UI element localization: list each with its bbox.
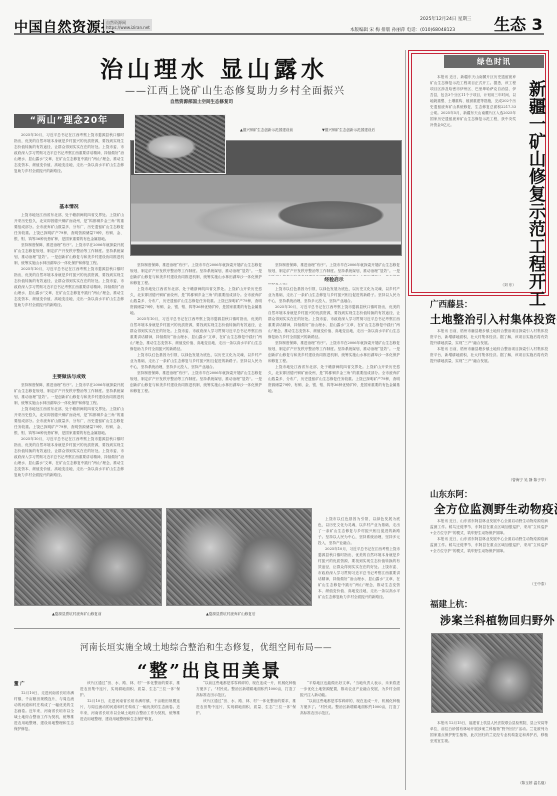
- lead-subheadline: ——江西上饶矿山生态修复助力乡村全面振兴: [125, 82, 345, 97]
- bottom-column-3: “以前这些地都是零零碎碎的，现在连成一片，机械化种植方便多了。”村民说。整治区新…: [196, 680, 296, 790]
- bottom-column-2: 该片区通过“田、水、路、林、村”一体化整治的要求，推进农田集中连片，实现耕地面积…: [80, 680, 180, 790]
- xinjiang-headline: 新疆一矿山修复示范工程开工: [521, 80, 543, 308]
- section-text-basic: 上饶市地处江西省东北部，处于赣浙闽皖四省交界处。上饶矿山开采历史悠久，北宋即因德…: [14, 212, 124, 368]
- website-url[interactable]: https://www.iziran.net: [106, 25, 150, 30]
- shanghang-text: 本报讯 12月15日，福建省上杭县人民法院联合县检察院、县公安局等单位，前往白砂…: [430, 720, 548, 782]
- bottom-subheadline: 河南长垣实施全域土地综合整治和生态修复，优组空间布局——: [80, 641, 332, 653]
- bottom-column-1: 12月10日，走进河南省长垣市满村镇，千亩粮田规模连片，与周边流动的河道和村庄构…: [14, 690, 74, 790]
- tengxian-author: （曾海宁 吴 静 陈子苓）: [470, 478, 548, 483]
- mine-park-before-photo: [134, 114, 226, 174]
- bottom-author: 董 广: [14, 681, 25, 687]
- donga-author: （王中泰）: [500, 582, 548, 587]
- lead-intro: 2025年10月，习近平总书记在江西考察上饶市婺源县秋口镇时指出，优美的自然环境…: [14, 132, 124, 200]
- shanghang-headline: 涉案兰科植物回归野外: [440, 612, 555, 628]
- masthead-divider: [14, 33, 544, 35]
- lead-headline: 治山理水 显山露水: [100, 51, 328, 84]
- column-3-continued-text: 上饶市以红色基因为引领，以绿色发展为底色，以历史文化为灵魂，以乡村产业为基础，走…: [318, 516, 400, 620]
- section-heading-basic: 基本情况: [14, 203, 124, 210]
- liangshan-box-title: “两山”理念20年: [14, 114, 124, 128]
- section-text-practices: 坚持制度保障，推进治理“有序”。上饶市早在2006年就探索开展矿山生态修复规划，…: [14, 382, 124, 506]
- green-news-tag: 绿色时讯: [444, 55, 544, 68]
- orchid-release-photo: [431, 633, 543, 713]
- xikeng-after-photo: [166, 508, 312, 606]
- photo-caption-xikeng-after: ▲婺源县熹坑村废弃矿山修复后: [206, 612, 255, 617]
- story-divider: [14, 628, 400, 629]
- xinjiang-text: 本报讯 近日，新疆东天山南麓片区历史遗留废弃矿山生态修复示范工程项目正式开工。据…: [430, 74, 516, 286]
- section-heading-practices: 主要做法与成效: [14, 373, 124, 380]
- section-heading-lessons: 经验启示: [268, 276, 400, 283]
- tengxian-headline: 土地整治引入村集体投资平台: [430, 311, 557, 327]
- donga-text: 本报讯 近日，山东省东阿县林业发展中心全面启动野生动物疫源疫病监测工作。候鸟迁徙…: [430, 518, 548, 582]
- photo-caption-xikeng-before: ▲婺源县熹坑村废弃矿山修复前: [52, 612, 101, 617]
- tengxian-text: 本报讯 日前，梧州市藤县塘步镇土地综合整治项目探索引入村集体投资平台，新增耕地面…: [430, 328, 548, 402]
- xikeng-before-photo: [14, 508, 162, 606]
- issue-date: 2025年12月24日 星期三: [420, 16, 471, 22]
- website-label[interactable]: 自然资源网 https://www.iziran.net: [104, 19, 152, 31]
- photo-caption-after: ▼德兴铜矿生态创新示范园建设后: [322, 128, 375, 133]
- xinjiang-author: （刘 东）: [480, 283, 516, 288]
- section-text-lessons: 上饶市以红色基因为引领，以绿色发展为底色，以历史文化为灵魂，以乡村产业为基础，走…: [268, 286, 400, 514]
- shanghang-author: （陈玉婷 温名凰）: [480, 781, 548, 786]
- column-2-text: 坚持制度保障，推进治理“有序”。上饶市早在2006年就探索开展矿山生态修复规划，…: [130, 262, 262, 510]
- bottom-column-4: “平原地区也能做出好文章。”当地负责人表示，未来将进一步优化土地资源配置，推动农…: [300, 680, 400, 790]
- donga-headline: 全方位监测野生动物疫源: [434, 501, 557, 517]
- sidebar-divider: [405, 50, 406, 790]
- lead-byline: 自然资源部国土空间生态修复司: [170, 99, 233, 105]
- photo-caption-before: ▲德兴铜矿生态创新示范园建设前: [240, 128, 293, 133]
- tengxian-kicker: 广西藤县：: [430, 298, 473, 310]
- donga-kicker: 山东东阿：: [430, 488, 473, 500]
- shanghang-kicker: 福建上杭：: [430, 598, 473, 610]
- section-page-label: 生态 3: [494, 12, 543, 35]
